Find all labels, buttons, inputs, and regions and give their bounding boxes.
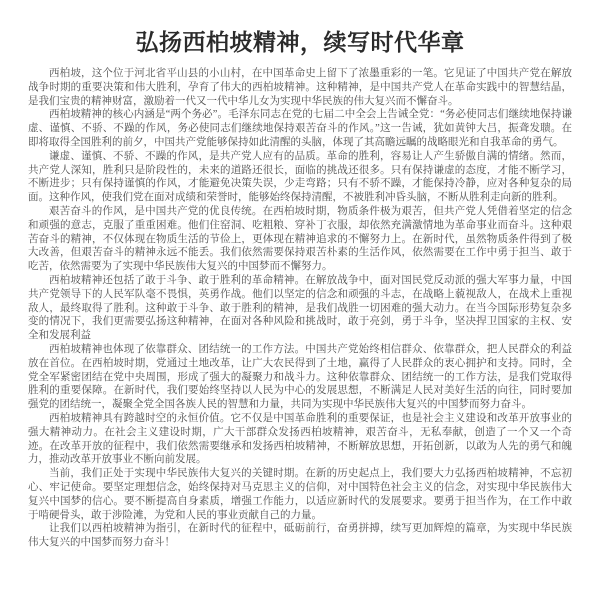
- paragraph-modesty: 谦虚、谨慎、不骄、不躁的作风，是共产党人应有的品质。革命的胜利，容易让人产生骄傲…: [28, 150, 572, 205]
- document-page: 弘扬西柏坡精神，续写时代华章 西柏坡，这个位于河北省平山县的小山村，在中国革命史…: [0, 0, 600, 600]
- paragraph-conclusion: 让我们以西柏坡精神为指引，在新时代的征程中，砥砺前行，奋勇拼搏，续写更加辉煌的篇…: [28, 522, 572, 550]
- paragraph-two-musts: 西柏坡精神的核心内涵是“两个务必”。毛泽东同志在党的七届二中全会上告诫全党：“务…: [28, 108, 572, 149]
- paragraph-intro: 西柏坡，这个位于河北省平山县的小山村，在中国革命史上留下了浓墨重彩的一笔。它见证…: [28, 67, 572, 108]
- paragraph-dare-to-struggle: 西柏坡精神还包括了敢于斗争、敢于胜利的革命精神。在解放战争中，面对国民党反动派的…: [28, 274, 572, 343]
- paragraph-eternal-value: 西柏坡精神具有跨越时空的永恒价值。它不仅是中国革命胜利的重要保证，也是社会主义建…: [28, 412, 572, 467]
- article-body: 西柏坡，这个位于河北省平山县的小山村，在中国革命史上留下了浓墨重彩的一笔。它见证…: [28, 67, 572, 550]
- paragraph-current-period: 当前，我们正处于实现中华民族伟大复兴的关键时期。在新的历史起点上，我们要大力弘扬…: [28, 467, 572, 522]
- paragraph-hard-work: 艰苦奋斗的作风，是中国共产党的优良传统。在西柏坡时期，物质条件极为艰苦，但共产党…: [28, 205, 572, 274]
- article-title: 弘扬西柏坡精神，续写时代华章: [28, 28, 572, 56]
- paragraph-rely-on-masses: 西柏坡精神也体现了依靠群众、团结统一的工作方法。中国共产党始终相信群众、依靠群众…: [28, 343, 572, 412]
